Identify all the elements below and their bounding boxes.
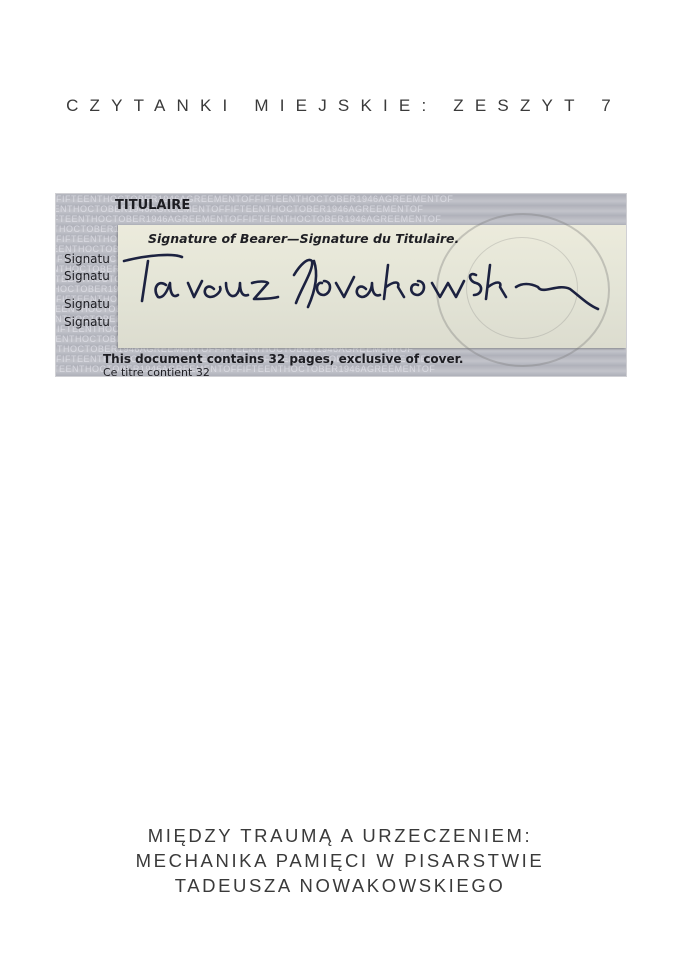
title-line-3: TADEUSZA NOWAKOWSKIEGO xyxy=(0,873,680,898)
book-title: MIĘDZY TRAUMĄ A URZECZENIEM: MECHANIKA P… xyxy=(0,823,680,898)
series-title: CZYTANKI MIEJSKIE: ZESZYT 7 xyxy=(0,96,680,116)
signature-label: Signatu xyxy=(64,269,110,283)
pages-note-fr: Ce titre contient 32 xyxy=(103,366,210,376)
titulaire-label: TITULAIRE xyxy=(115,198,190,213)
title-line-2: MECHANIKA PAMIĘCI W PISARSTWIE xyxy=(0,848,680,873)
signature-label: Signatu xyxy=(64,252,110,266)
pages-note: This document contains 32 pages, exclusi… xyxy=(103,352,463,366)
title-line-1: MIĘDZY TRAUMĄ A URZECZENIEM: xyxy=(0,823,680,848)
signature-label: Signatu xyxy=(64,315,110,329)
signature-label: Signatu xyxy=(64,297,110,311)
signature-strip: Signature of Bearer—Signature du Titulai… xyxy=(118,225,626,348)
cover-photo: FIFTEENTHOCTOBER1946AGREEMENTOFFIFTEENTH… xyxy=(56,194,626,376)
handwritten-signature xyxy=(118,225,626,348)
